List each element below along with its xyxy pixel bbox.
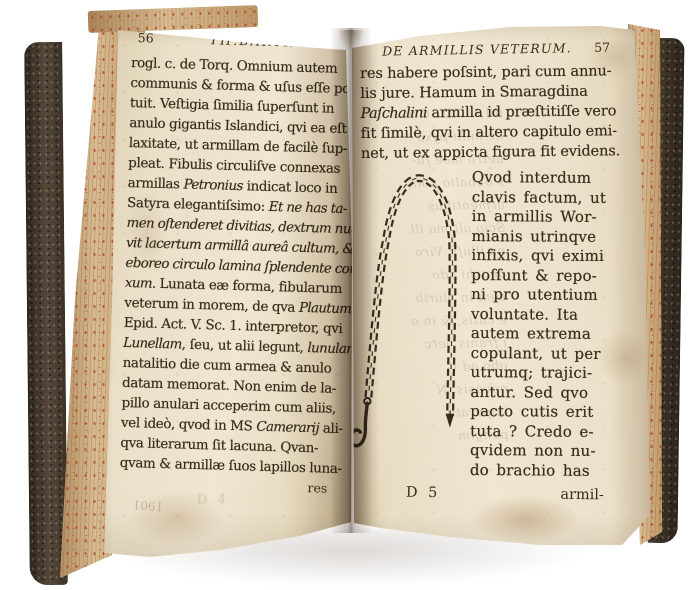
- right-page-body: res habere poſsint, pari cum annu-lis ju…: [360, 61, 645, 164]
- text-segment: mianis utrinqve: [471, 226, 596, 245]
- text-segment: indicat loco in: [243, 179, 338, 197]
- text-line: poſſunt & repo-: [471, 265, 639, 286]
- right-catchword: armil-: [560, 487, 604, 504]
- text-line: infixis, qvi eximi: [471, 246, 639, 267]
- text-segment: qva literarum ſit lacuna. Qvan-: [120, 436, 318, 457]
- text-segment: infixis, qvi eximi: [471, 246, 604, 265]
- italic-text-segment: Et ne has ta-: [269, 200, 347, 217]
- top-page-block-edge: [88, 5, 259, 33]
- right-page: illi L. XIX. Orine mihi pyxauetro moe ſu…: [348, 18, 660, 558]
- text-segment: fit ſimilè, qvi in altero capitulo emi-: [361, 123, 617, 142]
- text-segment: armillas: [128, 176, 184, 193]
- text-line: tuta ? Credo e-: [470, 421, 638, 442]
- text-line: res habere poſsint, pari cum annu-: [360, 61, 644, 84]
- italic-text-segment: Plautum: [299, 301, 352, 317]
- right-page-header: DE ARMILLIS VETERUM. 57: [360, 39, 644, 62]
- text-segment: lis jure. Hamum in Smaragdina: [360, 84, 588, 102]
- italic-text-segment: Paſchalini: [360, 105, 427, 122]
- text-segment: in armillis Wor-: [472, 207, 597, 226]
- text-line: in armillis Wor-: [472, 207, 640, 228]
- text-line: autem extrema: [471, 324, 639, 345]
- text-segment: clavis factum, ut: [472, 187, 606, 206]
- text-segment: voluntate. Ita: [471, 304, 578, 323]
- right-page-number: 57: [594, 40, 610, 55]
- text-segment: copulant, ut per: [471, 343, 601, 362]
- text-line: do brachio has: [470, 460, 638, 481]
- left-page: 56 TH.BARTHOLINI rogl. c. de Torq. Omniu…: [98, 22, 356, 566]
- text-segment: tuta ? Credo e-: [470, 421, 594, 440]
- right-page-text: DE ARMILLIS VETERUM. 57 res habere poſsi…: [360, 44, 644, 500]
- text-segment: pillo anulari acceperim cum aliis,: [121, 396, 336, 417]
- text-segment: poſſunt & repo-: [471, 265, 597, 284]
- right-page-footer: D 5 armil-: [360, 484, 644, 504]
- text-segment: res habere poſsint, pari cum annu-: [360, 63, 612, 82]
- text-line: qvidem non nu-: [470, 441, 638, 462]
- text-segment: armilla id præſtitiſſe vero: [427, 103, 616, 121]
- text-line: copulant, ut per: [471, 343, 639, 364]
- owner-inscription: 1901: [132, 497, 164, 513]
- left-catchword: res: [307, 480, 327, 496]
- text-segment: ali-: [319, 421, 343, 437]
- italic-text-segment: Camerarij: [256, 420, 319, 437]
- left-page-number: 56: [138, 30, 154, 45]
- text-segment: utrumq; trajici-: [471, 363, 593, 382]
- text-segment: qvam & armillæ ſuos lapillos luna-: [120, 456, 342, 477]
- right-page-wrapped-column: Qvod interdumclavis factum, utin armilli…: [470, 168, 640, 481]
- text-line: utrumq; trajici-: [471, 363, 639, 384]
- italic-text-segment: xum.: [125, 276, 156, 292]
- text-segment: , ſeu, ut alii legunt,: [182, 338, 308, 357]
- text-segment: antur. Sed qvo: [470, 382, 588, 401]
- left-page-text: 56 TH.BARTHOLINI rogl. c. de Torq. Omniu…: [118, 30, 354, 528]
- text-segment: net, ut ex appicta figura fit evidens.: [361, 143, 620, 162]
- text-line: pacto cutis erit: [470, 402, 638, 423]
- text-segment: Lunata eæ forma, fibularum: [155, 277, 342, 297]
- text-segment: autem extrema: [471, 324, 591, 343]
- italic-text-segment: Lunellam: [123, 336, 182, 353]
- text-line: ni pro utentium: [471, 285, 639, 306]
- text-segment: qvidem non nu-: [470, 441, 596, 460]
- text-segment: natalitio die cum armea & anulo: [122, 356, 331, 377]
- text-segment: pacto cutis erit: [470, 402, 593, 421]
- text-segment: datam memorat. Non enim de la-: [122, 376, 336, 397]
- signature-mark: D 5: [406, 485, 441, 501]
- text-line: voluntate. Ita: [471, 304, 639, 325]
- text-segment: pleat. Fibulis circuliſve connexas: [128, 156, 340, 177]
- text-line: mianis utrinqve: [471, 226, 639, 247]
- text-segment: tuit. Veſtigia ſimilia ſuperſunt in: [130, 96, 335, 117]
- text-line: antur. Sed qvo: [470, 382, 638, 403]
- text-segment: rogl. c. de Torq. Omnium autem: [131, 56, 338, 77]
- left-cover-binding: [24, 42, 68, 585]
- left-page-body: rogl. c. de Torq. Omnium autemcommunis &…: [120, 54, 354, 480]
- right-running-title: DE ARMILLIS VETERUM.: [382, 40, 572, 58]
- text-segment: Qvod interdum: [472, 168, 591, 187]
- text-line: clavis factum, ut: [472, 187, 640, 208]
- left-page-header: 56 TH.BARTHOLINI: [131, 30, 353, 54]
- italic-text-segment: lunulam: [307, 341, 358, 357]
- text-segment: veterum in morem, de qva: [124, 296, 299, 316]
- text-segment: do brachio has: [470, 460, 590, 479]
- book-photo: 56 TH.BARTHOLINI rogl. c. de Torq. Omniu…: [0, 0, 700, 590]
- text-segment: Satyra elegantiſsimo:: [127, 196, 269, 215]
- text-line: Qvod interdum: [472, 168, 640, 189]
- italic-text-segment: Petronius: [183, 178, 243, 195]
- text-segment: ni pro utentium: [471, 285, 598, 304]
- left-running-title: TH.BARTHOLINI: [209, 32, 347, 51]
- text-segment: anulo gigantis Islandici, qvi ea eſt: [129, 116, 347, 137]
- left-page-ghost-marks: 1901 D 4: [118, 490, 341, 528]
- text-segment: vel ideò, qvod in MS: [121, 416, 257, 435]
- text-line: net, ut ex appicta figura fit evidens.: [361, 141, 645, 164]
- signature-showthrough: D 4: [197, 492, 229, 508]
